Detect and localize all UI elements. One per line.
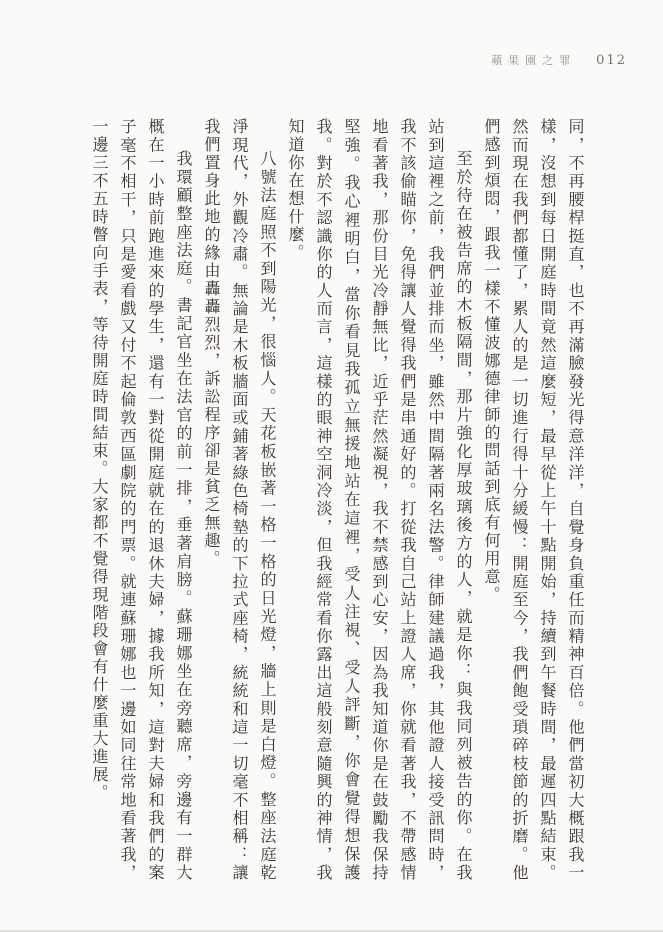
paragraph-2: 至於待在被告席的木板隔間，那片強化厚玻璃後方的人，就是你：與我同列被告的你。在我… [281,118,477,882]
paragraph-4: 我環顧整座法庭。書記官坐在法官的前一排，垂著肩膀。蘇珊娜坐在旁聽席，旁邊有一群大… [85,118,197,882]
paragraph-1: 同，不再腰桿挺直，也不再滿臉發光得意洋洋，自覺身負重任而精神百倍。他們當初大概跟… [477,118,589,882]
running-head: 蘋果園之罪 012 [491,52,627,68]
page-number: 012 [596,53,627,68]
paragraph-3: 八號法庭照不到陽光，很惱人。天花板嵌著一格一格的日光燈，牆上則是白燈。整座法庭乾… [197,118,281,882]
book-page: 蘋果園之罪 012 同，不再腰桿挺直，也不再滿臉發光得意洋洋，自覺身負重任而精神… [0,0,663,932]
running-head-book-title: 蘋果園之罪 [491,52,576,68]
body-text: 同，不再腰桿挺直，也不再滿臉發光得意洋洋，自覺身負重任而精神百倍。他們當初大概跟… [81,118,589,882]
